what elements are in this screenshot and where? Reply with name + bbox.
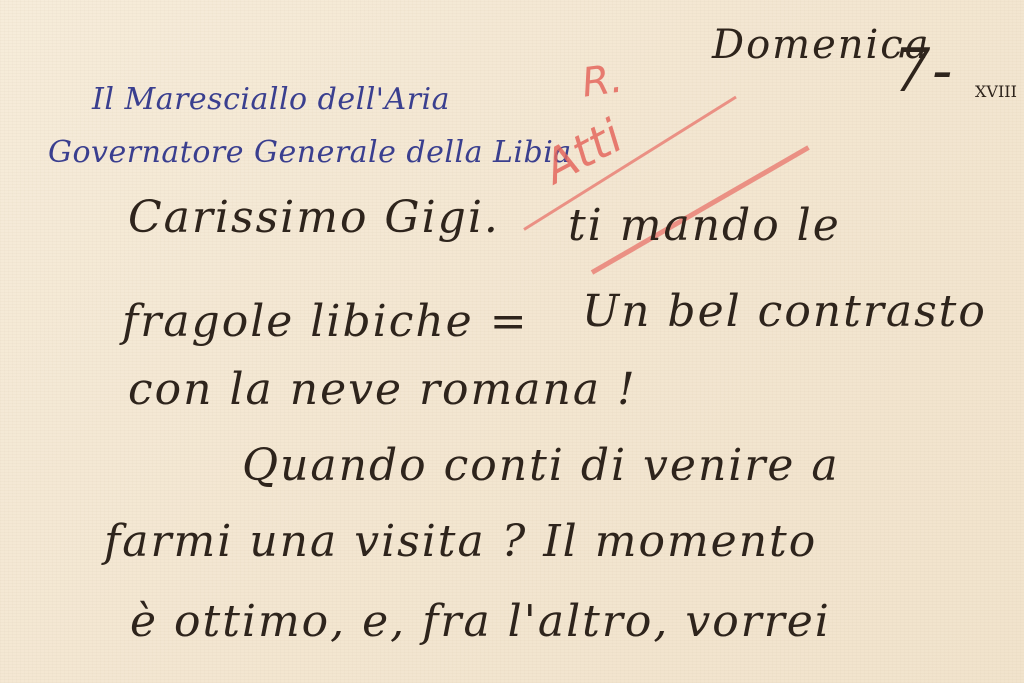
annotation-mark-r: R. bbox=[579, 55, 626, 106]
letter-line-6: è ottimo, e, fra l'altro, vorrei bbox=[130, 596, 831, 647]
letter-line-4: Quando conti di venire a bbox=[242, 440, 840, 491]
letter-line-5: farmi una visita ? Il momento bbox=[104, 516, 817, 567]
letterhead-title: Il Maresciallo dell'Aria bbox=[92, 82, 450, 117]
letterhead-subtitle: Governatore Generale della Libia bbox=[48, 135, 572, 170]
letter-line-1b: ti mando le bbox=[568, 200, 841, 251]
date-day-month: 7- bbox=[892, 36, 954, 106]
letter-line-3: con la neve romana ! bbox=[128, 364, 637, 415]
letter-line-1a: Carissimo Gigi. bbox=[128, 192, 500, 243]
letter-line-2b: Un bel contrasto bbox=[582, 286, 987, 337]
date-year: XVIII bbox=[975, 82, 1017, 101]
letter-line-2a: fragole libiche = bbox=[122, 296, 529, 347]
